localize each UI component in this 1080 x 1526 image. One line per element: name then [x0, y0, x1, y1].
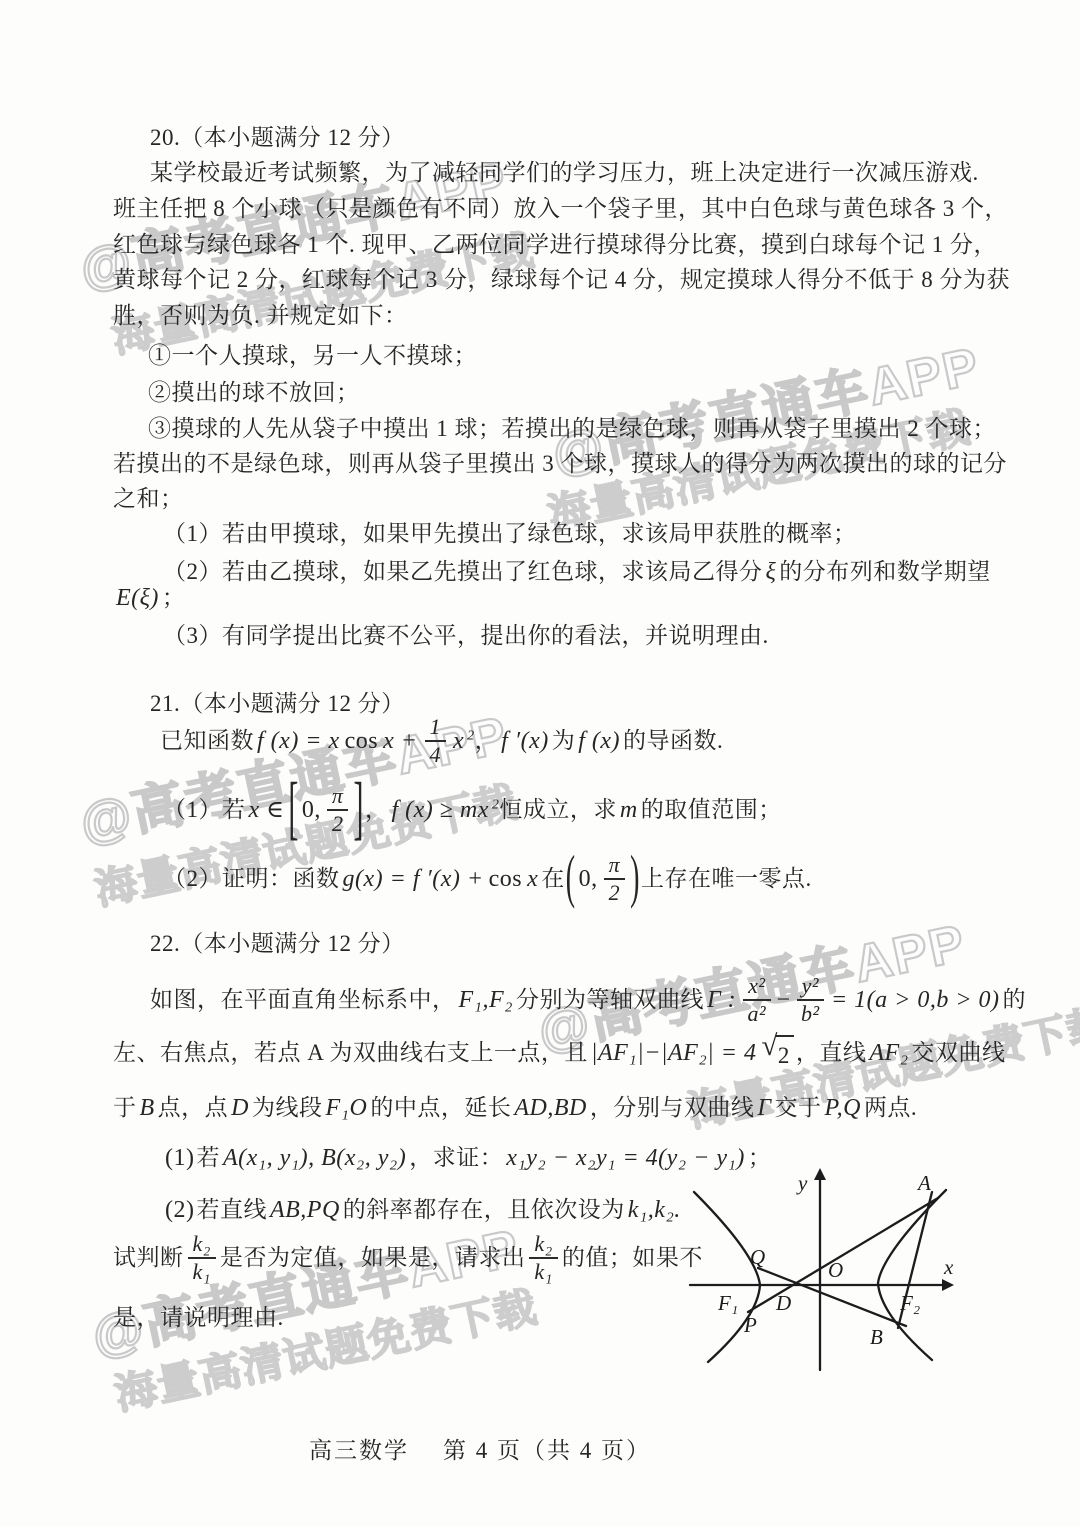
q22-line-2: 左、右焦点，若点 A 为双曲线右支上一点，且 |AF₁|−|AF₂| = 4 √…: [113, 1030, 1006, 1076]
math-run: x: [453, 728, 464, 754]
q20-rule-2: ②摸出的球不放回；: [148, 377, 360, 408]
superscript-2: 2: [492, 797, 500, 812]
math-run: g(x) = f ′(x) +: [343, 866, 484, 892]
fraction-numerator: k₂: [529, 1232, 557, 1259]
fraction-numerator: y²: [797, 974, 824, 1001]
question-22-title: 22.（本小题满分 12 分）: [150, 928, 405, 959]
fraction-numerator: k₂: [188, 1232, 216, 1259]
q21-part1-lead: （1）若: [163, 794, 246, 825]
label-point-q: Q: [750, 1245, 765, 1269]
m-variable: m: [620, 794, 638, 826]
q22-l1-text: 的: [1003, 984, 1027, 1015]
x-axis-arrow: [942, 1279, 954, 1291]
q20-rule-1: ①一个人摸球，另一人不摸球；: [148, 340, 477, 371]
q20-subquestion-1: （1）若由甲摸球，如果甲先摸出了绿色球，求该局甲获胜的概率；: [163, 518, 857, 549]
footer-course-name: 高三数学: [309, 1438, 409, 1463]
right-square-bracket: ]: [353, 762, 364, 857]
q21-part1-text: 恒成立，求: [499, 794, 617, 825]
q22-l1-text: 分别为等轴双曲线: [516, 984, 704, 1015]
q21-part2-lead: （2）证明：函数: [163, 863, 340, 894]
math-run: f (x) ≥ mx: [391, 797, 488, 823]
xi-symbol: ξ: [766, 559, 777, 585]
fraction-k2-k1: k₂k₁: [188, 1232, 216, 1284]
cos-operator: cos: [489, 866, 523, 892]
footer-page-number: 第 4 页（共 4 页）: [443, 1438, 651, 1463]
q22-l3-text: 为线段: [252, 1092, 323, 1123]
q22-l2-text: ，直线: [796, 1037, 867, 1068]
q22-subquestion-2-end: 是，请说明理由.: [113, 1302, 284, 1333]
fraction-numerator: x²: [743, 974, 770, 1001]
f-prime-term: f ′(x): [501, 725, 549, 757]
interval-start: 0,: [579, 863, 598, 895]
q20-paragraph-line: 胜，否则为负. 并规定如下：: [113, 300, 408, 331]
superscript-2: 2: [467, 728, 475, 743]
q22-l3-text: 交于: [775, 1092, 822, 1123]
q22-line-1: 如图，在平面直角坐标系中， F₁,F₂ 分别为等轴双曲线 Γ : x²a² − …: [150, 962, 1026, 1038]
fraction-numerator: 1: [425, 715, 447, 742]
item-number: (1): [165, 1142, 194, 1174]
fraction-y2-b2: y²b²: [797, 974, 824, 1026]
q22-l3-text: 点，点: [158, 1092, 229, 1123]
q20-rule-3-cont: 若摸出的不是绿色球，则再从袋子里摸出 3 个球，摸球人的得分为两次摸出的球的记分: [113, 448, 1007, 479]
point-d: D: [231, 1092, 249, 1124]
label-point-d: D: [775, 1291, 791, 1315]
exam-page: @高考直通车APP 海量高清试题免费下载 @高考直通车APP 海量高清试题免费下…: [0, 0, 1080, 1526]
q22-l2-text: 左、右焦点，若点 A 为双曲线右支上一点，且: [113, 1037, 588, 1068]
label-origin: O: [828, 1258, 843, 1282]
minus-sign: −: [777, 984, 791, 1016]
gamma-symbol: Γ: [757, 1092, 771, 1124]
segment-f1o: F₁O: [326, 1092, 368, 1124]
x-in-term: x ∈: [249, 794, 285, 826]
question-20-title: 20.（本小题满分 12 分）: [150, 122, 405, 153]
math-run: x +: [383, 728, 417, 754]
math-run: f (x) = x: [257, 728, 340, 754]
sqrt-2: √2: [761, 1035, 793, 1071]
q21-formula-fx: f (x) = xcosx +: [254, 725, 421, 757]
q22-l3-text: 的中点，延长: [370, 1092, 511, 1123]
q21-tail-text: 的导函数.: [623, 725, 723, 756]
q20-subquestion-2: （2）若由乙摸球，如果乙先摸出了红色球，求该局乙得分ξ的分布列和数学期望: [163, 556, 991, 588]
foci-symbols: F₁,F₂: [459, 984, 514, 1016]
fraction-one-fourth: 14: [425, 715, 447, 767]
cos-operator: cos: [345, 728, 379, 754]
q20-paragraph-line: 某学校最近考试频繁，为了减轻同学们的学习压力，班上决定进行一次减压游戏.: [150, 157, 979, 188]
figure-hyperbola: y x O A B P Q D F₁ F₂: [680, 1162, 972, 1384]
fraction-denominator: k₁: [534, 1259, 552, 1284]
q22-l2-text: 交双曲线: [912, 1037, 1006, 1068]
math-run: x: [527, 866, 538, 892]
label-point-b: B: [870, 1325, 883, 1349]
fraction-denominator: 4: [430, 742, 442, 767]
fraction-denominator: k₁: [193, 1259, 211, 1284]
q22-l3-text: 于: [113, 1092, 137, 1123]
label-point-a: A: [916, 1171, 931, 1195]
q21-lead-text: 已知函数: [160, 725, 254, 756]
g-x-formula: g(x) = f ′(x) +cosx: [340, 863, 542, 895]
points-p-q: P,Q: [825, 1092, 861, 1124]
y-axis-arrow: [814, 1168, 826, 1180]
q22-s3-text: 是否为定值，如果是，请求出: [220, 1242, 526, 1273]
right-paren-tall: ): [630, 839, 640, 918]
q20-rule-3-end: 之和；: [113, 483, 184, 514]
punctuation: ；: [162, 585, 186, 610]
fraction-denominator: b²: [801, 1001, 820, 1026]
page-footer: 高三数学第 4 页（共 4 页）: [0, 1432, 960, 1465]
x-squared-term: x2，: [450, 725, 498, 757]
q20-s2-text: （2）若由乙摸球，如果乙先摸出了红色球，求该局乙得分: [163, 559, 763, 584]
q22-l3-text: ，分别与双曲线: [590, 1092, 755, 1123]
fraction-pi-over-2: π2: [327, 784, 349, 836]
fraction-denominator: a²: [748, 1001, 767, 1026]
label-x-axis: x: [943, 1255, 954, 1279]
fraction-pi-over-2: π2: [604, 853, 626, 905]
q20-paragraph-line: 红色球与绿色球各 1 个. 现甲、乙两位同学进行摸球得分比赛，摸到白球每个记 1…: [113, 229, 997, 260]
q21-part2-tail: 上存在唯一零点.: [641, 863, 812, 894]
q22-s2-text: 的斜率都存在，且依次设为: [343, 1194, 625, 1225]
label-focus-f1: F₁: [717, 1291, 738, 1315]
q21-part2-text: 在: [541, 863, 565, 894]
equation-tail: = 1(a > 0,b > 0): [831, 984, 1000, 1016]
fraction-numerator: π: [604, 853, 626, 880]
q22-s1-text: ，求证：: [409, 1142, 503, 1173]
q22-l1-text: 如图，在平面直角坐标系中，: [150, 984, 456, 1015]
q20-paragraph-line: 黄球每个记 2 分，红球每个记 3 分，绿球每个记 4 分，规定摸球人得分不低于…: [113, 264, 1010, 295]
q22-s2-text: 若直线: [196, 1194, 267, 1225]
q21-text: 为: [552, 725, 576, 756]
label-y-axis: y: [796, 1171, 808, 1195]
fraction-x2-a2: x²a²: [743, 974, 770, 1026]
q20-subquestion-2-cont: E(ξ)；: [113, 582, 185, 614]
label-point-p: P: [743, 1313, 757, 1337]
q21-part1-tail: 的取值范围；: [641, 794, 782, 825]
q22-subquestion-2-cont: 试判断 k₂k₁ 是否为定值，如果是，请求出 k₂k₁ 的值；如果不: [113, 1222, 703, 1294]
q22-s3-text: 试判断: [113, 1242, 184, 1273]
q22-l3-text: 两点.: [864, 1092, 917, 1123]
gamma-symbol: Γ :: [707, 984, 736, 1016]
expectation-formula: E(ξ): [116, 585, 159, 611]
punctuation: ，: [475, 728, 499, 753]
f-x-term: f (x): [578, 725, 620, 757]
punctuation: ，: [365, 794, 389, 825]
q21-part-1: （1）若 x ∈ [ 0, π2 ] ， f (x) ≥ mx2 恒成立，求 m…: [163, 772, 782, 848]
q22-s1-text: 若: [196, 1142, 220, 1173]
point-b: B: [140, 1092, 155, 1124]
segments-ad-bd: AD,BD: [514, 1092, 586, 1124]
focal-distance-formula: |AF₁|−|AF₂| = 4: [591, 1037, 757, 1069]
line-af2: AF₂: [869, 1037, 908, 1069]
coordinates-a-b: A(x₁, y₁), B(x₂, y₂): [223, 1142, 406, 1174]
q21-function-definition: 已知函数 f (x) = xcosx + 14 x2， f ′(x) 为 f (…: [160, 710, 723, 772]
q20-rule-3: ③摸球的人先从袋子中摸出 1 球；若摸出的是绿色球，则再从袋子里摸出 2 个球；: [148, 413, 996, 444]
interval-start: 0,: [302, 794, 321, 826]
left-paren-tall: (: [566, 839, 576, 918]
fraction-k2-k1: k₂k₁: [529, 1232, 557, 1284]
label-focus-f2: F₂: [899, 1291, 920, 1315]
fraction-denominator: 2: [332, 811, 344, 836]
inequality-term: f (x) ≥ mx2: [388, 794, 499, 826]
radical-sign: √: [761, 1032, 777, 1061]
q22-line-3: 于 B 点，点 D 为线段 F₁O 的中点，延长 AD,BD ，分别与双曲线 Γ…: [113, 1088, 917, 1128]
q20-s2-text: 的分布列和数学期望: [779, 559, 991, 584]
fraction-numerator: π: [327, 784, 349, 811]
left-square-bracket: [: [288, 762, 299, 857]
fraction-denominator: 2: [609, 880, 621, 905]
q20-subquestion-3: （3）有同学提出比赛不公平，提出你的看法，并说明理由.: [163, 620, 769, 651]
q21-part-2: （2）证明：函数 g(x) = f ′(x) +cosx 在 ( 0, π2 )…: [163, 845, 812, 913]
radicand: 2: [776, 1035, 794, 1071]
exam-content: 20.（本小题满分 12 分） 某学校最近考试频繁，为了减轻同学们的学习压力，班…: [0, 0, 1080, 1526]
q20-paragraph-line: 班主任把 8 个小球（只是颜色有不同）放入一个袋子里，其中白色球与黄色球各 3 …: [113, 193, 1008, 224]
